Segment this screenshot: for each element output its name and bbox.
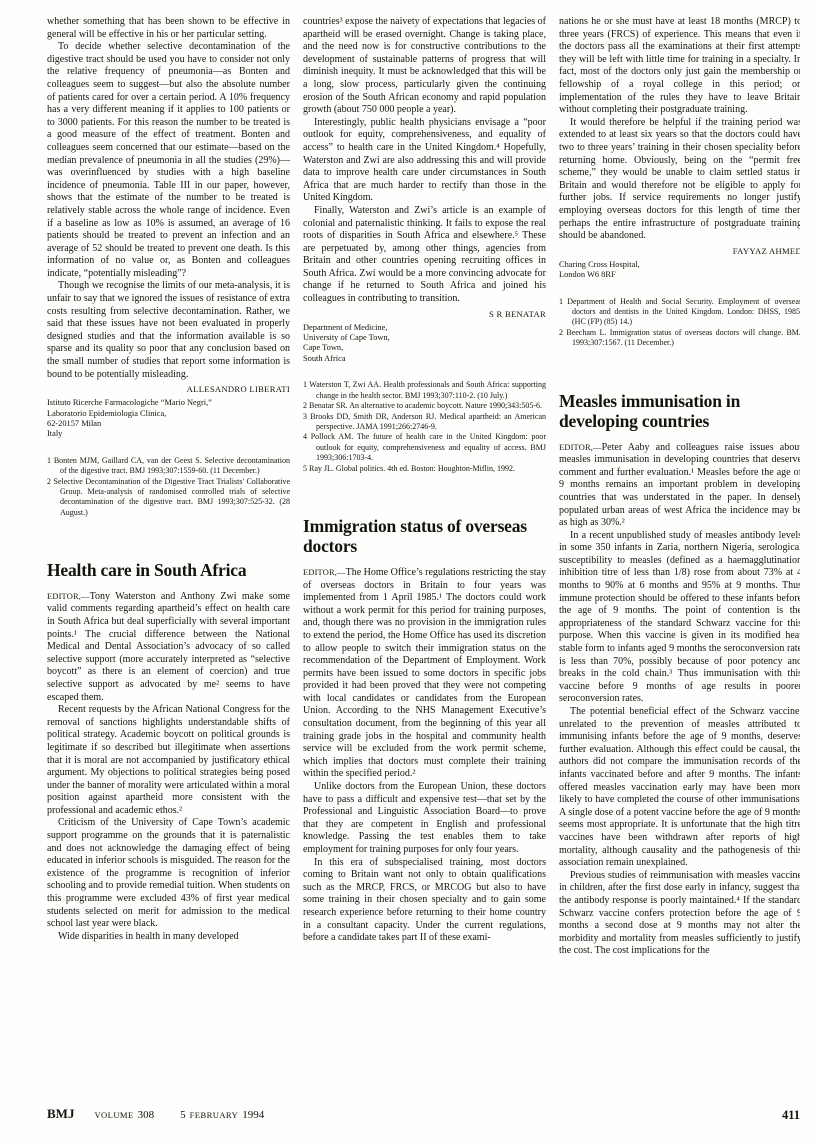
letter-title: Immigration status of overseas doctors bbox=[303, 516, 546, 557]
reference-list: 1 Department of Health and Social Securi… bbox=[559, 297, 800, 349]
body-paragraph: countries³ expose the naivety of expecta… bbox=[303, 16, 546, 117]
address-line: Department of Medicine, bbox=[303, 323, 546, 333]
journal-page: whether something that has been shown to… bbox=[0, 0, 816, 1143]
reference-item: 2 Benatar SR. An alternative to academic… bbox=[303, 401, 546, 411]
address-line: London W6 8RF bbox=[559, 270, 800, 280]
body-paragraph: The potential beneficial effect of the S… bbox=[559, 706, 800, 870]
reference-item: 2 Beecham L. Immigration status of overs… bbox=[559, 328, 800, 349]
body-paragraph: Previous studies of reimmunisation with … bbox=[559, 870, 800, 958]
date-day: 5 bbox=[180, 1109, 186, 1121]
author-signature: S R BENATAR bbox=[303, 309, 546, 319]
volume-info: VOLUME 308 bbox=[94, 1105, 154, 1123]
address-line: Italy bbox=[47, 429, 290, 439]
column-1: whether something that has been shown to… bbox=[47, 16, 290, 1101]
reference-item: 3 Brooks DD, Smith DR, Anderson RJ. Medi… bbox=[303, 412, 546, 433]
editor-lead: EDITOR,— bbox=[303, 568, 346, 577]
reference-item: 4 Pollock AM. The future of health care … bbox=[303, 432, 546, 463]
reference-list: 1 Bonten MJM, Gaillard CA, van der Geest… bbox=[47, 456, 290, 518]
letters-columns: whether something that has been shown to… bbox=[47, 16, 800, 1101]
address-line: 62-20157 Milan bbox=[47, 419, 290, 429]
author-signature: ALLESANDRO LIBERATI bbox=[47, 384, 290, 394]
letter-decontamination: whether something that has been shown to… bbox=[47, 16, 290, 518]
body-paragraph: To decide whether selective decontaminat… bbox=[47, 41, 290, 280]
address-line: Cape Town, bbox=[303, 343, 546, 353]
letter-immigration: Immigration status of overseas doctors E… bbox=[303, 516, 546, 945]
paragraph-text: Peter Aaby and colleagues raise issues a… bbox=[559, 442, 800, 529]
column-2: countries³ expose the naivety of expecta… bbox=[303, 16, 546, 1101]
reference-item: 1 Department of Health and Social Securi… bbox=[559, 297, 800, 328]
body-paragraph: Unlike doctors from the European Union, … bbox=[303, 781, 546, 857]
body-paragraph: Interestingly, public health physicians … bbox=[303, 117, 546, 205]
author-signature: FAYYAZ AHMED bbox=[559, 246, 800, 256]
author-address: Istituto Ricerche Farmacologiche “Mario … bbox=[47, 398, 290, 440]
body-paragraph: Recent requests by the African National … bbox=[47, 704, 290, 817]
reference-item: 2 Selective Decontamination of the Diges… bbox=[47, 477, 290, 519]
body-paragraph: Wide disparities in health in many devel… bbox=[47, 931, 290, 944]
body-paragraph: It would therefore be helpful if the tra… bbox=[559, 117, 800, 243]
volume-label: VOLUME bbox=[94, 1110, 133, 1120]
body-paragraph: nations he or she must have at least 18 … bbox=[559, 16, 800, 117]
author-address: Charing Cross Hospital, London W6 8RF bbox=[559, 260, 800, 281]
reference-item: 5 Ray JL. Global politics. 4th ed. Bosto… bbox=[303, 464, 546, 474]
body-paragraph: EDITOR,—The Home Office’s regulations re… bbox=[303, 567, 546, 781]
letter-south-africa: Health care in South Africa EDITOR,—Tony… bbox=[47, 560, 290, 943]
body-paragraph: EDITOR,—Tony Waterston and Anthony Zwi m… bbox=[47, 591, 290, 704]
address-line: University of Cape Town, bbox=[303, 333, 546, 343]
date-month: FEBRUARY bbox=[190, 1110, 239, 1120]
column-3: nations he or she must have at least 18 … bbox=[559, 16, 800, 1101]
issue-date: 5 FEBRUARY 1994 bbox=[180, 1105, 264, 1123]
address-line: South Africa bbox=[303, 354, 546, 364]
body-paragraph: whether something that has been shown to… bbox=[47, 16, 290, 41]
editor-lead: EDITOR,— bbox=[47, 592, 90, 601]
volume-number: 308 bbox=[138, 1109, 155, 1121]
letter-title: Measles immunisation in developing count… bbox=[559, 391, 800, 432]
letter-south-africa-continued: countries³ expose the naivety of expecta… bbox=[303, 16, 546, 474]
reference-item: 1 Waterston T, Zwi AA. Health profession… bbox=[303, 380, 546, 401]
body-paragraph: EDITOR,—Peter Aaby and colleagues raise … bbox=[559, 442, 800, 530]
journal-name: BMJ bbox=[47, 1106, 74, 1122]
address-line: Istituto Ricerche Farmacologiche “Mario … bbox=[47, 398, 290, 408]
body-paragraph: Though we recognise the limits of our me… bbox=[47, 280, 290, 381]
footer-journal-info: BMJ VOLUME 308 5 FEBRUARY 1994 bbox=[47, 1105, 264, 1123]
address-line: Laboratorio Epidemiologia Clinica, bbox=[47, 409, 290, 419]
reference-list: 1 Waterston T, Zwi AA. Health profession… bbox=[303, 380, 546, 474]
body-paragraph: In a recent unpublished study of measles… bbox=[559, 530, 800, 706]
letter-title: Health care in South Africa bbox=[47, 560, 290, 581]
letter-measles: Measles immunisation in developing count… bbox=[559, 391, 800, 958]
author-address: Department of Medicine, University of Ca… bbox=[303, 323, 546, 365]
page-number: 411 bbox=[782, 1108, 800, 1123]
body-paragraph: Finally, Waterston and Zwi’s article is … bbox=[303, 205, 546, 306]
paragraph-text: The Home Office’s regulations restrictin… bbox=[303, 567, 546, 780]
address-line: Charing Cross Hospital, bbox=[559, 260, 800, 270]
letter-immigration-continued: nations he or she must have at least 18 … bbox=[559, 16, 800, 349]
body-paragraph: In this era of subspecialised training, … bbox=[303, 857, 546, 945]
editor-lead: EDITOR,— bbox=[559, 443, 602, 452]
date-year: 1994 bbox=[242, 1109, 264, 1121]
body-paragraph: Criticism of the University of Cape Town… bbox=[47, 817, 290, 930]
reference-item: 1 Bonten MJM, Gaillard CA, van der Geest… bbox=[47, 456, 290, 477]
paragraph-text: Tony Waterston and Anthony Zwi make some… bbox=[47, 591, 290, 703]
page-footer: BMJ VOLUME 308 5 FEBRUARY 1994 411 bbox=[47, 1101, 800, 1131]
